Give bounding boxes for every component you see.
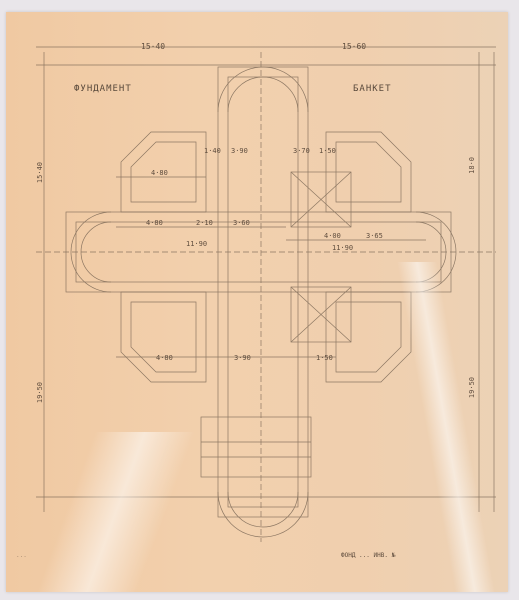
dim-b: 3·60 [233, 219, 250, 227]
dim-g: 3·90 [234, 354, 251, 362]
dim-top-left: 15·40 [141, 42, 165, 51]
dim-d: 4·00 [324, 232, 341, 240]
label-foundation: ФУНДАМЕНТ [74, 84, 132, 94]
dim-a: 2·10 [196, 219, 213, 227]
dim-left-lower: 19·50 [36, 382, 44, 403]
dim-k: 1·40 [204, 147, 221, 155]
dim-top-right: 15·60 [342, 42, 366, 51]
dim-right-lower: 19·50 [468, 377, 476, 398]
drawing-sheet: ФУНДАМЕНТ БАНКЕТ 15·40 15·60 15·40 19·50… [6, 12, 508, 592]
archive-stamp: ФОНД ... ИНВ. № [341, 552, 395, 559]
dim-j: 1·50 [319, 147, 336, 155]
label-banquet: БАНКЕТ [353, 84, 392, 94]
dim-transept-left: 4·80 [146, 219, 163, 227]
dim-l: 3·90 [231, 147, 248, 155]
catalog-mark: ... [16, 552, 27, 559]
dim-i: 3·70 [293, 147, 310, 155]
dim-h: 1·50 [316, 354, 333, 362]
dim-f: 3·65 [366, 232, 383, 240]
dim-c: 11·90 [186, 240, 207, 248]
dim-chapel-ul: 4·80 [151, 169, 168, 177]
dim-left-upper: 15·40 [36, 162, 44, 183]
dim-right-upper: 18·0 [468, 157, 476, 174]
dim-e: 11·90 [332, 244, 353, 252]
dim-chapel-ll: 4·80 [156, 354, 173, 362]
